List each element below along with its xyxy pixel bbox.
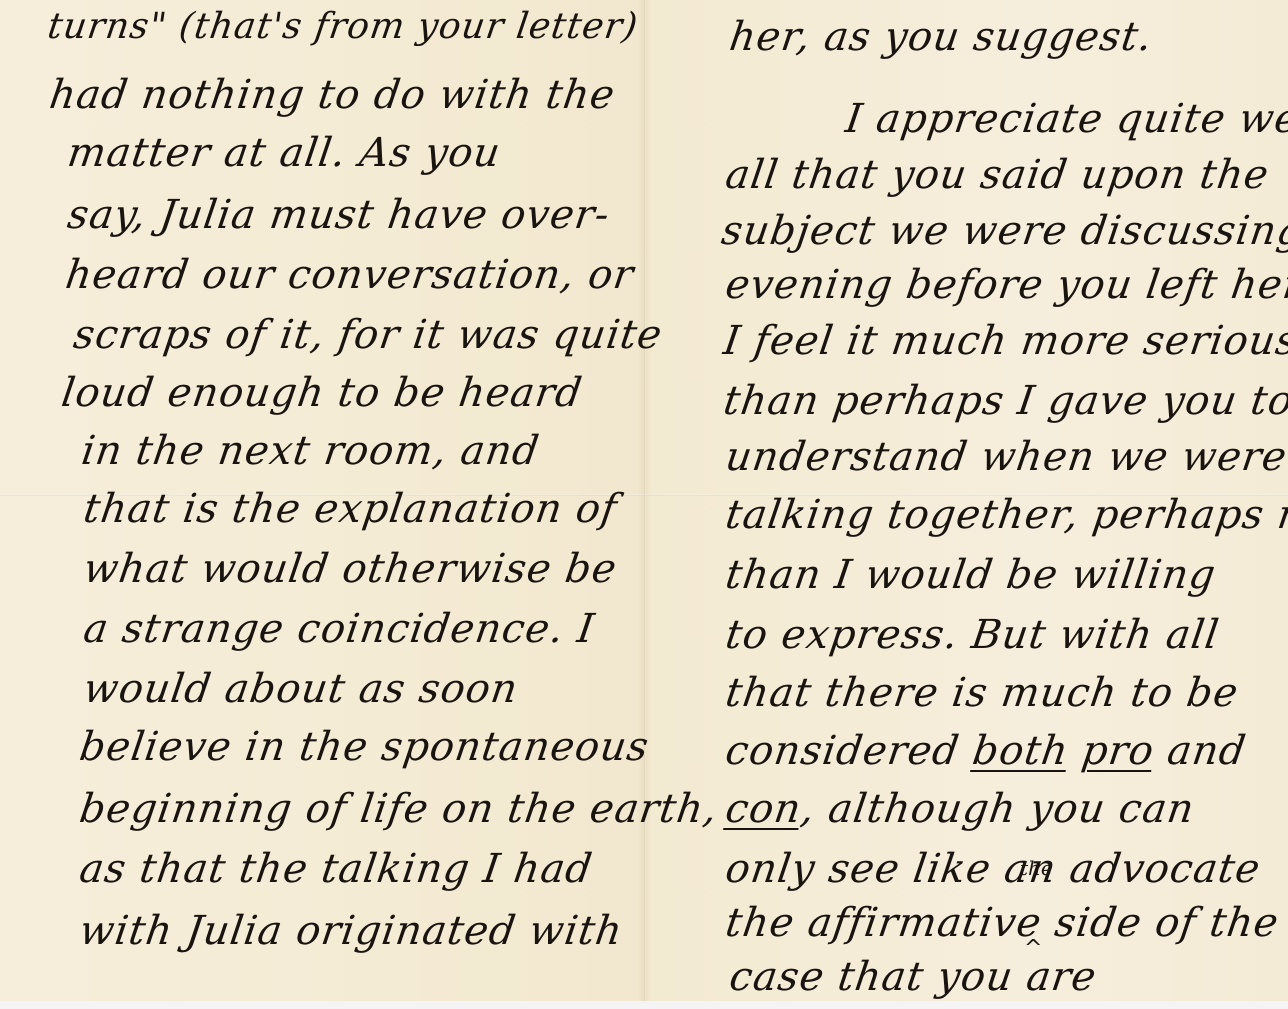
word: , although you can bbox=[798, 786, 1197, 832]
handwritten-line: the affirmative side of the bbox=[723, 900, 1282, 946]
handwritten-line: all that you said upon the bbox=[723, 152, 1272, 198]
handwritten-line: matter at all. As you bbox=[65, 130, 504, 176]
handwritten-line: considered both pro and bbox=[723, 728, 1249, 774]
letter-sheet: turns" (that's from your letter) had not… bbox=[0, 0, 1288, 1001]
handwritten-line: would about as soon bbox=[81, 666, 521, 712]
handwritten-line: with Julia originated with bbox=[77, 908, 626, 954]
handwritten-line: that is the explanation of bbox=[81, 486, 621, 532]
handwritten-line: beginning of life on the earth, bbox=[77, 786, 721, 832]
handwritten-line: con, although you can bbox=[723, 786, 1198, 832]
handwritten-line: to express. But with all bbox=[723, 612, 1222, 658]
handwritten-line: subject we were discussing that bbox=[719, 208, 1288, 254]
handwritten-line: I feel it much more seriously bbox=[721, 318, 1288, 364]
handwritten-line: than I would be willing bbox=[723, 552, 1219, 598]
underlined-word: both bbox=[970, 728, 1072, 774]
handwritten-line: a strange coincidence. I bbox=[81, 606, 598, 652]
handwritten-line: evening before you left here. bbox=[723, 262, 1288, 308]
handwritten-line: as that the talking I had bbox=[77, 846, 596, 892]
handwritten-line: loud enough to be heard bbox=[59, 370, 586, 416]
handwritten-line: I appreciate quite well bbox=[843, 96, 1288, 142]
underlined-word: pro bbox=[1079, 728, 1157, 774]
handwritten-line: say, Julia must have over- bbox=[65, 192, 613, 238]
word: considered bbox=[723, 728, 963, 774]
handwritten-line: heard our conversation, or bbox=[63, 252, 637, 298]
underlined-word: con bbox=[723, 786, 805, 832]
handwritten-line: understand when we were bbox=[723, 434, 1288, 480]
left-page: turns" (that's from your letter) had not… bbox=[0, 0, 644, 1001]
handwritten-line: in the next room, and bbox=[79, 428, 543, 474]
handwritten-line: believe in the spontaneous bbox=[77, 724, 652, 770]
right-page: her, as you suggest. I appreciate quite … bbox=[646, 0, 1288, 1001]
word: and bbox=[1165, 728, 1250, 774]
handwritten-line: what would otherwise be bbox=[81, 546, 620, 592]
handwritten-line: talking together, perhaps more bbox=[723, 492, 1288, 538]
handwritten-line: had nothing to do with the bbox=[47, 72, 618, 118]
handwritten-line: only see like an advocate bbox=[723, 846, 1264, 892]
scan-bottom-margin bbox=[0, 1001, 1288, 1009]
handwritten-line: that there is much to be bbox=[723, 670, 1242, 716]
handwritten-line: turns" (that's from your letter) bbox=[45, 6, 641, 47]
handwritten-line: than perhaps I gave you to bbox=[721, 378, 1288, 424]
handwritten-line: scraps of it, for it was quite bbox=[71, 312, 666, 358]
handwritten-line: her, as you suggest. bbox=[727, 14, 1156, 60]
inserted-word: the bbox=[1020, 856, 1053, 880]
handwritten-line: case that you are bbox=[727, 954, 1100, 1000]
